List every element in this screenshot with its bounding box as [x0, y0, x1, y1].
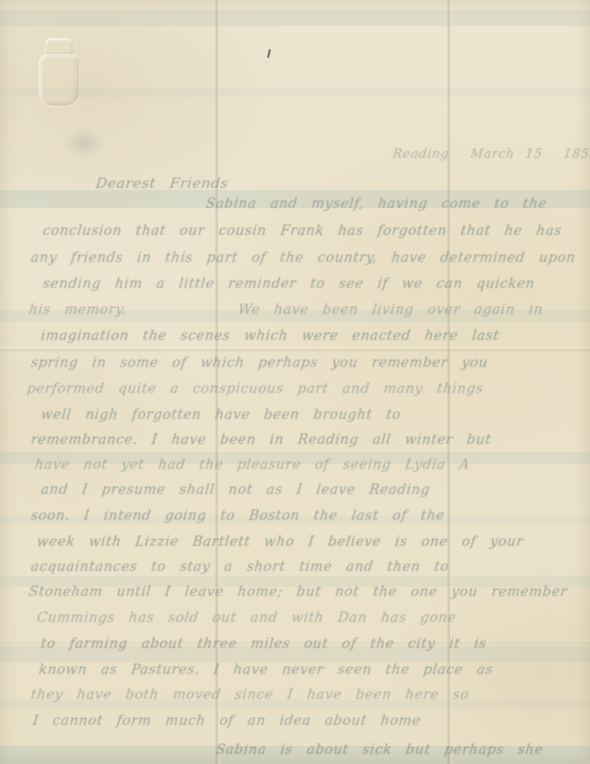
letter-line: known as Pastures. I have never seen the…	[38, 664, 494, 678]
letter-line: have not yet had the pleasure of seeing …	[34, 459, 470, 473]
letter-line: to farming about three miles out of the …	[40, 638, 487, 652]
letter-line: performed quite a conspicuous part and m…	[26, 383, 484, 397]
letter-page: Reading March 15 1852 Dearest Friends Sa…	[0, 0, 590, 764]
letter-line: Sabina and myself, having come to the	[205, 198, 548, 212]
rule-band	[0, 88, 590, 97]
letter-line: remembrance. I have been in Reading all …	[30, 434, 492, 448]
rule-band	[0, 10, 590, 26]
letter-line: Cummings has sold out and with Dan has g…	[36, 612, 457, 626]
letter-line: imagination the scenes which were enacte…	[40, 330, 500, 344]
letter-line: well nigh forgotten have been brought to	[40, 409, 402, 423]
letter-line: sending him a little reminder to see if …	[42, 278, 536, 292]
letter-line: any friends in this part of the country,…	[30, 252, 576, 266]
ink-speck	[267, 49, 271, 58]
rule-band	[0, 700, 590, 708]
fold-crease-vertical	[215, 0, 221, 764]
rule-band	[0, 190, 590, 208]
letter-line: they have both moved since I have been h…	[30, 689, 470, 703]
letter-dateline: Reading March 15 1852	[392, 148, 590, 161]
letter-line: Stoneham until I leave home; but not the…	[28, 586, 568, 600]
letter-line: Sabina is about sick but perhaps she	[215, 744, 544, 758]
letter-line: his memory. We have been living over aga…	[28, 304, 544, 318]
fold-crease-vertical	[447, 0, 453, 764]
fold-crease-horizontal	[0, 640, 590, 645]
letter-line: I cannot form much of an idea about home	[32, 715, 421, 729]
letter-line: conclusion that our cousin Frank has for…	[42, 225, 563, 239]
rule-band	[0, 746, 590, 764]
letter-salutation: Dearest Friends	[95, 177, 229, 191]
letter-line: spring in some of which perhaps you reme…	[30, 357, 489, 371]
rule-band	[0, 516, 590, 524]
rule-band	[0, 646, 590, 662]
rule-band	[0, 452, 590, 464]
faded-stamp-smudge	[64, 128, 104, 158]
rule-band	[0, 576, 590, 587]
fold-crease-horizontal	[0, 347, 590, 352]
letter-line: and I presume shall not as I leave Readi…	[40, 484, 431, 498]
rule-band	[0, 310, 590, 322]
letter-line: soon. I intend going to Boston the last …	[30, 510, 445, 524]
embossed-seal-shield	[39, 54, 79, 106]
letter-line: week with Lizzie Bartlett who I believe …	[36, 536, 524, 550]
embossed-seal-icon	[36, 38, 82, 108]
letter-line: acquaintances to stay a short time and t…	[30, 561, 450, 575]
